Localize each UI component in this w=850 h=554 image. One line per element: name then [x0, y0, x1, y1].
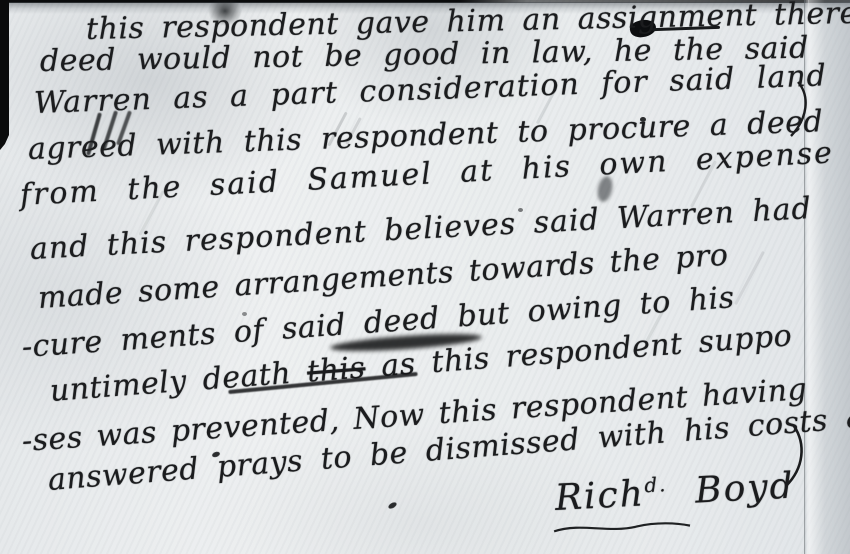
ink-speck — [387, 501, 397, 510]
scanned-manuscript-page: this respondent gave him an assignment t… — [0, 0, 850, 554]
pen-flourish-after-costs — [782, 424, 808, 488]
signature-richd-boyd: Richd. Boyd — [554, 465, 796, 518]
signature-flourish-underline — [552, 516, 693, 539]
line-text: untimely death — [49, 355, 309, 409]
scan-left-edge-strip — [0, 0, 9, 150]
pen-flourish-after-land — [788, 80, 812, 138]
ghost-stroke — [734, 251, 765, 305]
signature-superscript: d. — [644, 473, 668, 497]
signature-text: Rich — [554, 473, 646, 519]
signature-text: Boyd — [694, 465, 796, 511]
